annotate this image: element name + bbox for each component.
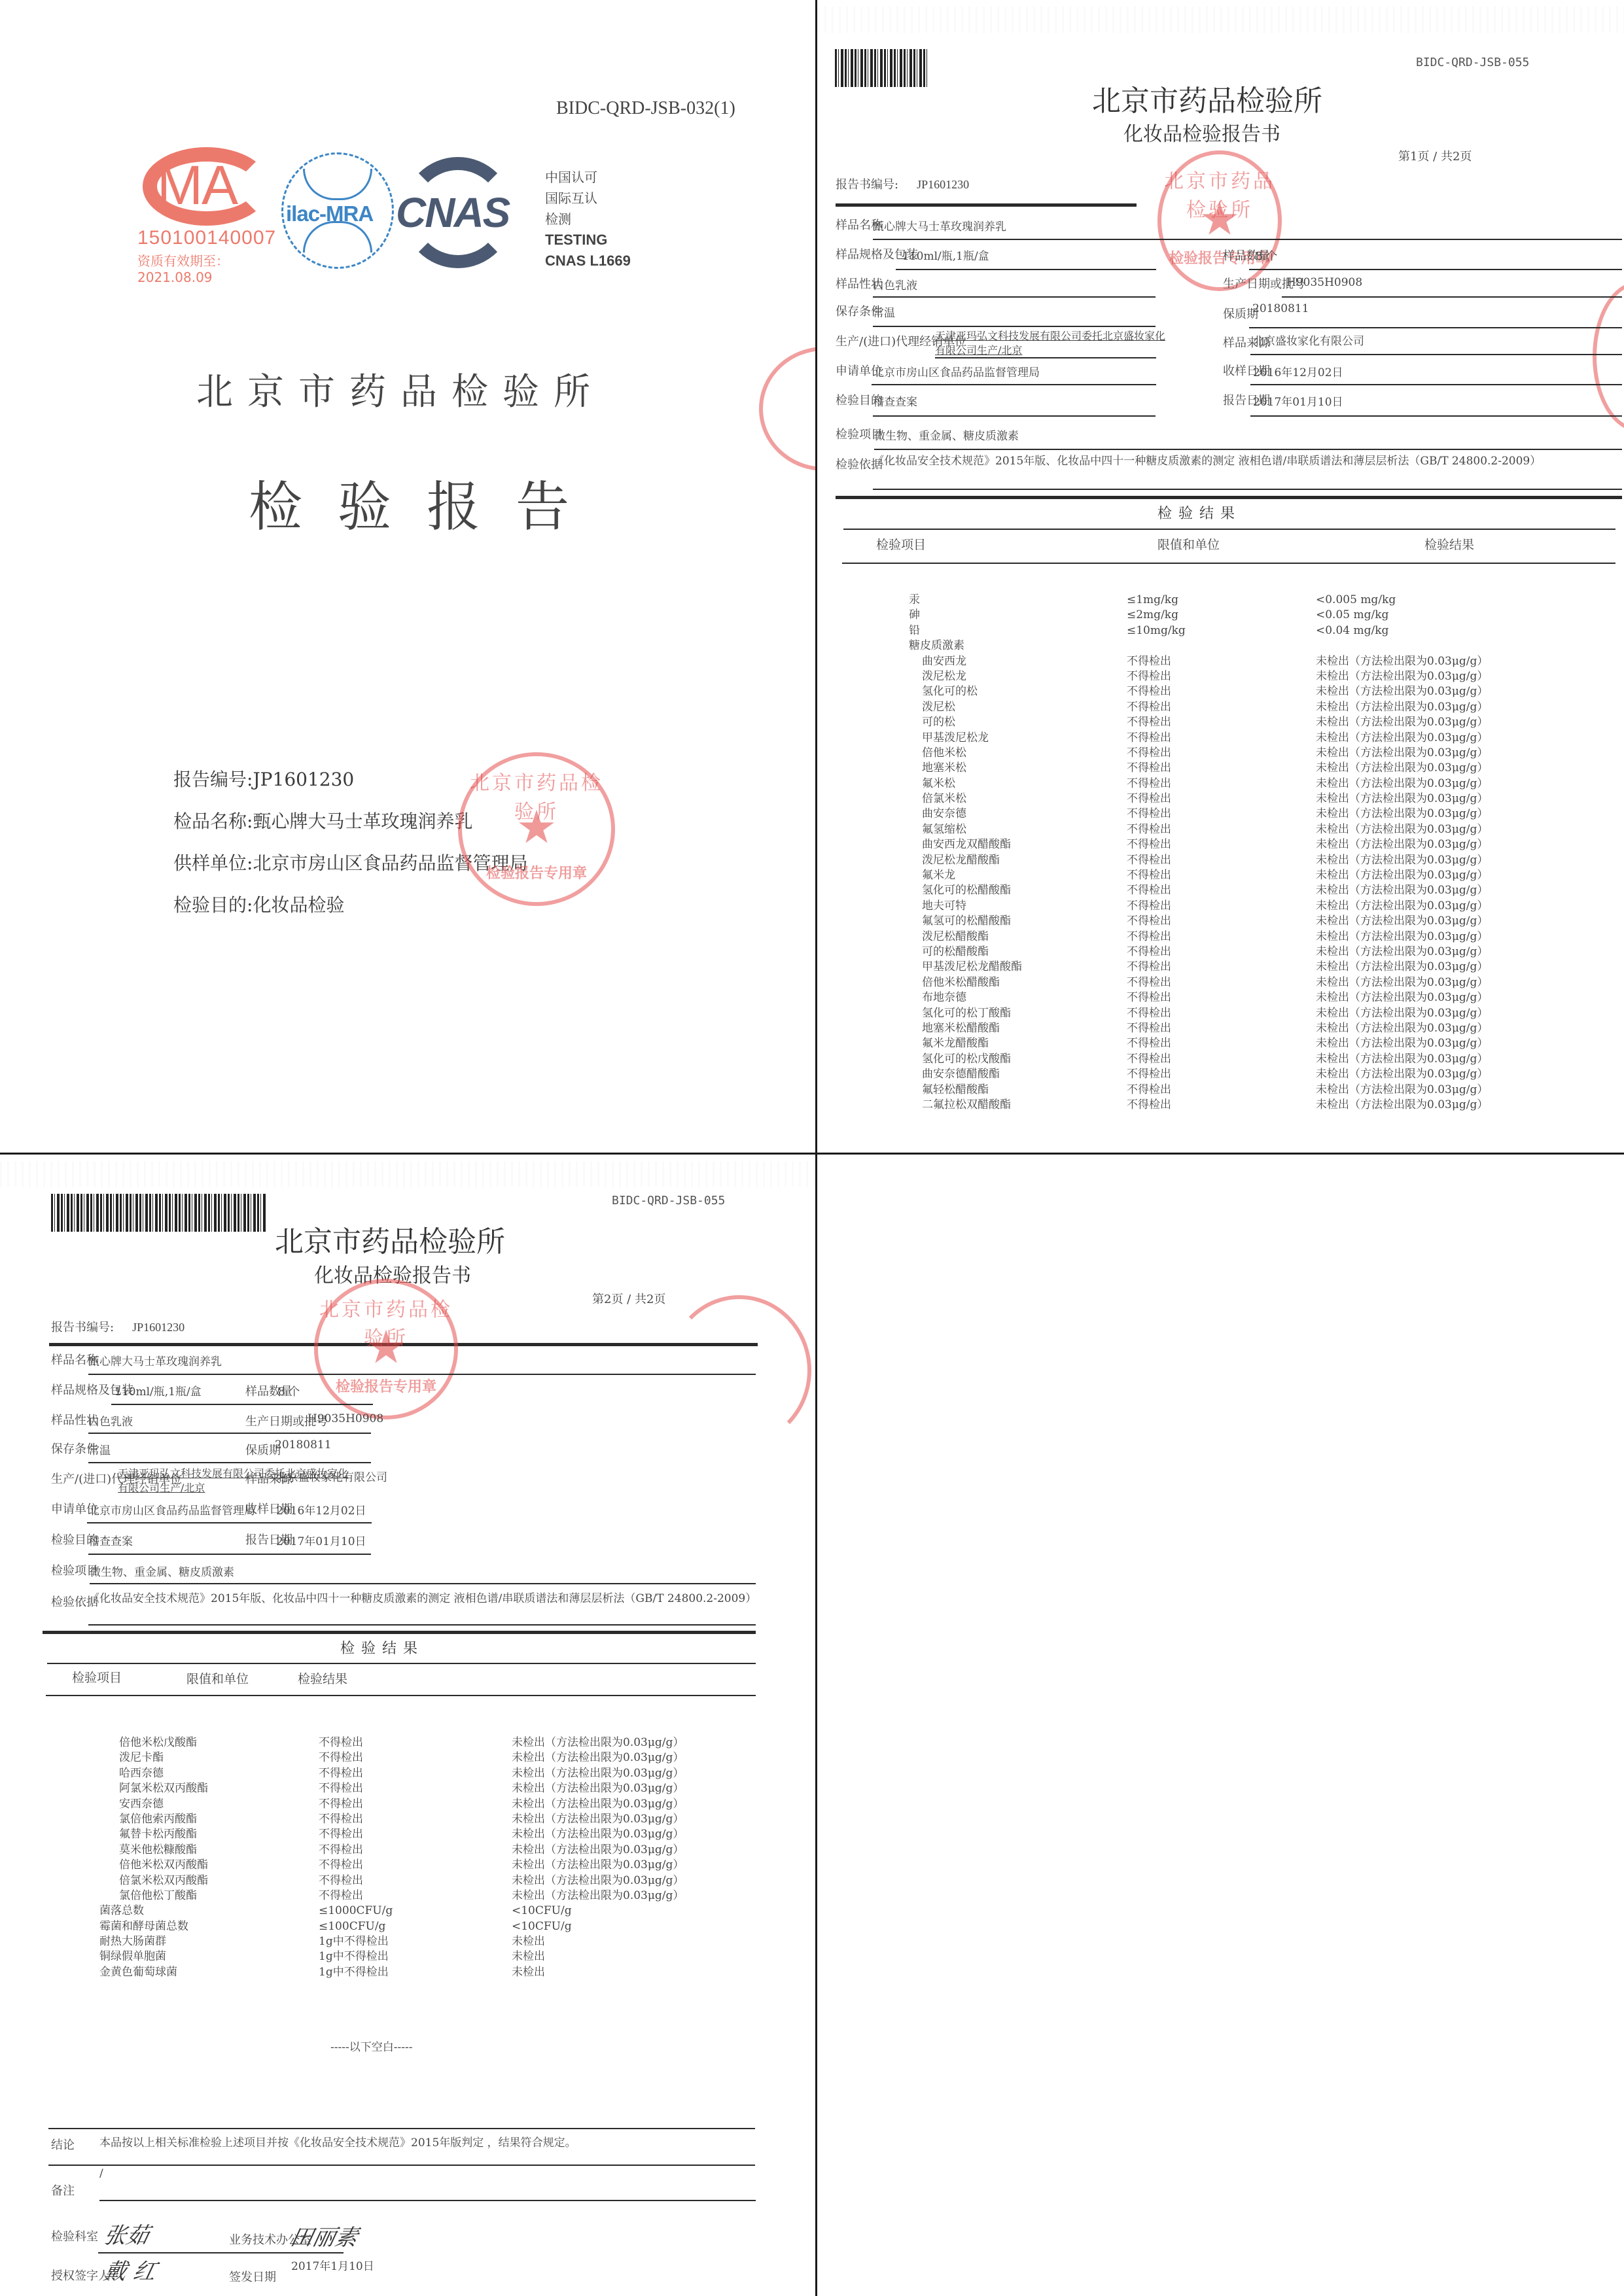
cover-institute-name: 北京市药品检验所: [196, 363, 605, 415]
cell-limit: 1g中不得检出: [319, 1965, 389, 1980]
underline: [1249, 269, 1622, 270]
cell-result: 未检出（方法检出限为0.03μg/g）: [512, 1781, 684, 1796]
column-header-result: 检验结果: [1424, 535, 1474, 553]
label-remarks: 备注: [51, 2182, 75, 2199]
table-row: 布地奈德不得检出未检出（方法检出限为0.03μg/g）: [909, 990, 1615, 1005]
cell-result: 未检出（方法检出限为0.03μg/g）: [1316, 731, 1488, 746]
label-conclusion: 结论: [51, 2136, 75, 2153]
cell-limit: 不得检出: [1127, 1021, 1171, 1036]
cell-limit: 不得检出: [319, 1827, 363, 1842]
cell-limit: ≤2mg/kg: [1127, 608, 1178, 623]
label-authorized-signer: 授权签字人: [51, 2267, 110, 2284]
table-row: 曲安西龙双醋酸酯不得检出未检出（方法检出限为0.03μg/g）: [909, 837, 1615, 852]
results-heading: 检验结果: [340, 1637, 424, 1658]
cell-item: 氢化可的松戊酸酯: [922, 1052, 1011, 1067]
cell-item: 可的松: [922, 715, 955, 730]
value-batch: H9035H0908: [1286, 276, 1362, 289]
column-header-item: 检验项目: [72, 1668, 122, 1686]
cell-limit: 不得检出: [1127, 776, 1171, 791]
value-purpose: 稽查查案: [88, 1532, 133, 1548]
stamp-purpose: 检验报告专用章: [462, 862, 611, 882]
table-row: 氟替卡松丙酸酯不得检出未检出（方法检出限为0.03μg/g）: [106, 1827, 747, 1842]
document-code: BIDC-QRD-JSB-055: [1416, 56, 1529, 69]
cnas-line: TESTING: [545, 230, 631, 251]
table-row: 可的松不得检出未检出（方法检出限为0.03μg/g）: [909, 715, 1615, 730]
underline: [87, 1522, 372, 1523]
table-row: 甲基泼尼松龙醋酸酯不得检出未检出（方法检出限为0.03μg/g）: [909, 960, 1615, 975]
cma-mark: MA: [157, 158, 237, 213]
value-batch: H9035H0908: [308, 1412, 383, 1425]
cell-item: 氯倍他松丁酸酯: [119, 1888, 197, 1904]
table-row: 氟米龙不得检出未检出（方法检出限为0.03μg/g）: [909, 868, 1615, 883]
cell-limit: 不得检出: [1127, 1083, 1171, 1098]
cma-logo: MA 150100140007 资质有效期至：2021.08.09: [137, 147, 275, 278]
institute-title: 北京市药品检验所: [1092, 77, 1322, 119]
cma-validity: 资质有效期至：2021.08.09: [137, 251, 275, 285]
underline: [88, 1554, 371, 1555]
cell-item: 布地奈德: [922, 990, 966, 1005]
cell-result: 未检出（方法检出限为0.03μg/g）: [512, 1858, 684, 1873]
cell-limit: 不得检出: [1127, 960, 1171, 975]
cell-limit: 不得检出: [319, 1750, 363, 1765]
field-value: JP1601230: [253, 769, 354, 790]
cnas-line: 检测: [545, 209, 631, 230]
value-appearance: 白色乳液: [88, 1412, 133, 1429]
cell-item: 曲安西龙双醋酸酯: [922, 837, 1011, 852]
cell-limit: 不得检出: [1127, 868, 1171, 883]
cell-item: 曲安奈德: [922, 807, 966, 822]
results-heading: 检验结果: [1157, 502, 1241, 523]
cell-item: 泼尼松龙醋酸酯: [922, 853, 1000, 868]
underline: [1250, 415, 1622, 417]
cell-limit: 不得检出: [1127, 1052, 1171, 1067]
table-row: 氢化可的松不得检出未检出（方法检出限为0.03μg/g）: [909, 684, 1615, 699]
cell-result: <10CFU/g: [512, 1904, 572, 1919]
cell-result: <0.04 mg/kg: [1316, 623, 1388, 638]
results-table-page-1: 汞≤1mg/kg<0.005 mg/kg砷≤2mg/kg<0.05 mg/kg铅…: [909, 593, 1615, 1113]
cell-result: 未检出（方法检出限为0.03μg/g）: [1316, 715, 1488, 730]
cell-result: 未检出（方法检出限为0.03μg/g）: [512, 1750, 684, 1765]
report-page-1: BIDC-QRD-JSB-055 北京市药品检验所 化妆品检验报告书 第1页 /…: [817, 0, 1624, 1153]
cell-item: 甲基泼尼松龙: [922, 731, 989, 746]
cnas-line: 中国认可: [545, 167, 631, 188]
report-number-label: 报告书编号:: [836, 178, 898, 192]
value-source: 北京盛妆家化有限公司: [276, 1468, 387, 1484]
cnas-line: CNAS L1669: [545, 251, 631, 271]
official-seal-stamp: 北京市药品检验所 ★ 检验报告专用章: [314, 1279, 458, 1419]
cell-item: 氟替卡松丙酸酯: [119, 1827, 197, 1842]
cell-item: 地塞米松醋酸酯: [922, 1021, 1000, 1036]
report-number: 报告书编号:JP1601230: [836, 175, 969, 192]
table-row: 氟米龙醋酸酯不得检出未检出（方法检出限为0.03μg/g）: [909, 1036, 1615, 1051]
cnas-accreditation-text: 中国认可 国际互认 检测 TESTING CNAS L1669: [545, 167, 631, 271]
cell-item: 耐热大肠菌群: [99, 1934, 166, 1949]
table-row: 泼尼卡酯不得检出未检出（方法检出限为0.03μg/g）: [106, 1750, 747, 1765]
cell-result: 未检出（方法检出限为0.03μg/g）: [1316, 761, 1488, 776]
cell-limit: 不得检出: [319, 1843, 363, 1858]
underline: [88, 1624, 756, 1626]
cell-limit: 不得检出: [1127, 807, 1171, 822]
cell-item: 氢化可的松: [922, 684, 978, 699]
star-icon: ★: [516, 804, 557, 850]
cell-item: 倍氯米松: [922, 791, 966, 807]
underline: [88, 1433, 371, 1434]
cell-item: 倍他米松双丙酸酯: [119, 1858, 208, 1873]
underline: [873, 415, 1156, 417]
value-basis: 《化妆品安全技术规范》2015年版、化妆品中四十一种糖皮质激素的测定 液相色谱/…: [88, 1592, 756, 1606]
underline: [1282, 296, 1622, 298]
blank-below-note: -----以下空白-----: [330, 2038, 412, 2054]
divider: [47, 1663, 756, 1664]
official-seal-stamp: 北京市药品检验所 ★ 检验报告专用章: [458, 752, 615, 906]
field-value: 甄心牌大马士革玫瑰润养乳: [253, 810, 472, 832]
cell-result: 未检出（方法检出限为0.03μg/g）: [1316, 700, 1488, 715]
signature-office: 田丽素: [288, 2219, 361, 2252]
cell-limit: ≤1000CFU/g: [319, 1904, 393, 1919]
cell-item: 糖皮质激素: [909, 638, 964, 653]
field-label: 供样单位:: [173, 852, 253, 874]
report-number-value: JP1601230: [917, 178, 969, 191]
divider: [48, 2165, 755, 2166]
seam-seal-stamp: [1593, 281, 1624, 432]
underline: [873, 296, 1156, 298]
table-row: 倍他米松醋酸酯不得检出未检出（方法检出限为0.03μg/g）: [909, 975, 1615, 990]
report-page-2: BIDC-QRD-JSB-055 北京市药品检验所 化妆品检验报告书 第2页 /…: [0, 1155, 815, 2296]
ilac-mra-logo: ilac-MRA: [281, 152, 394, 269]
divider: [836, 203, 1137, 207]
underline: [90, 1583, 756, 1584]
table-row: 曲安奈德不得检出未检出（方法检出限为0.03μg/g）: [909, 807, 1615, 822]
cell-limit: 不得检出: [1127, 791, 1171, 807]
cell-item: 氟米龙: [922, 868, 955, 883]
cell-item: 铅: [909, 623, 920, 638]
table-row: 氢化可的松戊酸酯不得检出未检出（方法检出限为0.03μg/g）: [909, 1052, 1615, 1067]
report-number-label: 报告书编号:: [51, 1321, 114, 1334]
cell-limit: 不得检出: [1127, 1006, 1171, 1021]
cell-limit: 不得检出: [1127, 715, 1171, 730]
cell-item: 倍他米松醋酸酯: [922, 975, 1000, 990]
cell-result: 未检出（方法检出限为0.03μg/g）: [1316, 1067, 1488, 1082]
cell-result: 未检出（方法检出限为0.03μg/g）: [1316, 914, 1488, 929]
value-sample-name: 甄心牌大马士革玫瑰润养乳: [88, 1352, 222, 1368]
blank-area: [817, 1155, 1624, 2296]
table-row: 倍氯米松不得检出未检出（方法检出限为0.03μg/g）: [909, 791, 1615, 807]
table-row: 地塞米松醋酸酯不得检出未检出（方法检出限为0.03μg/g）: [909, 1021, 1615, 1036]
cell-result: 未检出（方法检出限为0.03μg/g）: [1316, 822, 1488, 837]
value-sample-name: 甄心牌大马士革玫瑰润养乳: [873, 217, 1006, 234]
cell-result: 未检出（方法检出限为0.03μg/g）: [1316, 899, 1488, 914]
cell-item: 氟米龙醋酸酯: [922, 1036, 989, 1051]
table-row: 铜绿假单胞菌1g中不得检出未检出: [106, 1949, 747, 1964]
cell-item: 氟轻松醋酸酯: [922, 1083, 989, 1098]
cell-item: 砷: [909, 608, 920, 623]
value-received-date: 2016年12月02日: [276, 1501, 366, 1518]
cell-result: 未检出: [512, 1934, 545, 1949]
table-row: 泼尼松龙醋酸酯不得检出未检出（方法检出限为0.03μg/g）: [909, 853, 1615, 868]
field-label: 报告编号:: [173, 769, 253, 790]
cover-field-purpose: 检验目的:化妆品检验: [173, 884, 527, 926]
field-value: 化妆品检验: [253, 894, 344, 916]
value-received-date: 2016年12月02日: [1253, 363, 1343, 379]
cell-item: 倍氯米松双丙酸酯: [119, 1873, 208, 1888]
cell-result: 未检出: [512, 1965, 545, 1980]
value-report-date: 2017年01月10日: [276, 1532, 366, 1548]
cell-item: 氯倍他索丙酸酯: [119, 1812, 197, 1827]
cell-limit: 1g中不得检出: [319, 1934, 389, 1949]
cell-limit: ≤1mg/kg: [1127, 593, 1178, 608]
cell-limit: 不得检出: [319, 1858, 363, 1873]
cell-result: 未检出（方法检出限为0.03μg/g）: [512, 1873, 684, 1888]
table-row: 倍他米松不得检出未检出（方法检出限为0.03μg/g）: [909, 746, 1615, 761]
cell-limit: 不得检出: [1127, 853, 1171, 868]
underline: [873, 239, 1622, 240]
cell-result: 未检出（方法检出限为0.03μg/g）: [1316, 837, 1488, 852]
cell-result: 未检出（方法检出限为0.03μg/g）: [1316, 776, 1488, 791]
institute-title: 北京市药品检验所: [275, 1218, 505, 1260]
cell-result: 未检出（方法检出限为0.03μg/g）: [1316, 960, 1488, 975]
report-number-value: JP1601230: [132, 1321, 185, 1334]
column-header-result: 检验结果: [298, 1669, 347, 1687]
table-row: 泼尼松龙不得检出未检出（方法检出限为0.03μg/g）: [909, 669, 1615, 684]
signature-lab: 张茹: [101, 2218, 152, 2250]
value-storage: 常温: [88, 1441, 111, 1457]
cell-result: 未检出（方法检出限为0.03μg/g）: [1316, 1021, 1488, 1036]
cell-limit: 不得检出: [319, 1781, 363, 1796]
table-row: 可的松醋酸酯不得检出未检出（方法检出限为0.03μg/g）: [909, 945, 1615, 960]
accreditation-logos: MA 150100140007 资质有效期至：2021.08.09 ilac-M…: [137, 147, 726, 278]
table-row: 氟米松不得检出未检出（方法检出限为0.03μg/g）: [909, 776, 1615, 791]
underline: [99, 2200, 756, 2201]
cell-item: 哈西奈德: [119, 1766, 164, 1781]
cell-limit: 不得检出: [1127, 899, 1171, 914]
cell-item: 氢化可的松丁酸酯: [922, 1006, 1011, 1021]
star-icon: ★: [366, 1324, 407, 1370]
cell-result: 未检出（方法检出限为0.03μg/g）: [1316, 930, 1488, 945]
cell-limit: 不得检出: [319, 1888, 363, 1904]
cell-limit: 不得检出: [319, 1766, 363, 1781]
cell-result: 未检出（方法检出限为0.03μg/g）: [512, 1888, 684, 1904]
underline: [935, 357, 1156, 358]
value-appearance: 白色乳液: [873, 276, 917, 292]
table-row: 氟氢可的松醋酸酯不得检出未检出（方法检出限为0.03μg/g）: [909, 914, 1615, 929]
value-shelf-life: 20180811: [275, 1438, 332, 1452]
document-code: BIDC-QRD-JSB-055: [612, 1194, 725, 1208]
cell-result: 未检出（方法检出限为0.03μg/g）: [512, 1827, 684, 1842]
cell-result: 未检出（方法检出限为0.03μg/g）: [1316, 684, 1488, 699]
cell-result: 未检出（方法检出限为0.03μg/g）: [512, 1735, 684, 1750]
cover-title: 检验报告: [249, 464, 605, 541]
cell-limit: 不得检出: [1127, 975, 1171, 990]
table-row: 二氟拉松双醋酸酯不得检出未检出（方法检出限为0.03μg/g）: [909, 1098, 1615, 1113]
cell-item: 金黄色葡萄球菌: [99, 1965, 177, 1980]
cell-item: 泼尼松: [922, 700, 955, 715]
underline: [88, 1462, 371, 1463]
cell-item: 菌落总数: [99, 1904, 144, 1919]
field-label: 检验目的:: [173, 894, 253, 916]
table-row: 莫米他松糠酸酯不得检出未检出（方法检出限为0.03μg/g）: [106, 1843, 747, 1858]
cell-result: 未检出（方法检出限为0.03μg/g）: [1316, 807, 1488, 822]
cell-result: 未检出（方法检出限为0.03μg/g）: [1316, 1052, 1488, 1067]
value-remarks: /: [99, 2167, 103, 2180]
cell-result: 未检出（方法检出限为0.03μg/g）: [1316, 883, 1488, 898]
column-header-limit: 限值和单位: [1157, 535, 1220, 553]
column-header-limit: 限值和单位: [186, 1669, 249, 1687]
table-row: 阿氯米松双丙酸酯不得检出未检出（方法检出限为0.03μg/g）: [106, 1781, 747, 1796]
cell-limit: 不得检出: [1127, 1036, 1171, 1051]
table-row: 地塞米松不得检出未检出（方法检出限为0.03μg/g）: [909, 761, 1615, 776]
cell-limit: 不得检出: [319, 1735, 363, 1750]
cell-result: 未检出（方法检出限为0.03μg/g）: [1316, 791, 1488, 807]
cell-result: 未检出（方法检出限为0.03μg/g）: [1316, 654, 1488, 669]
cell-limit: 不得检出: [319, 1812, 363, 1827]
cell-item: 泼尼松龙: [922, 669, 966, 684]
cell-item: 倍他米松: [922, 746, 966, 761]
cell-result: 未检出（方法检出限为0.03μg/g）: [1316, 945, 1488, 960]
cell-limit: 不得检出: [1127, 1067, 1171, 1082]
cell-limit: 不得检出: [1127, 930, 1171, 945]
page-number: 第1页 / 共2页: [1398, 147, 1472, 164]
cell-item: 莫米他松糠酸酯: [119, 1843, 197, 1858]
cell-result: <0.05 mg/kg: [1316, 608, 1388, 623]
cell-result: 未检出（方法检出限为0.03μg/g）: [1316, 853, 1488, 868]
cell-item: 氟氢可的松醋酸酯: [922, 914, 1011, 929]
value-test-items: 微生物、重金属、糖皮质激素: [90, 1563, 234, 1579]
table-row: 哈西奈德不得检出未检出（方法检出限为0.03μg/g）: [106, 1766, 747, 1781]
cell-limit: 不得检出: [1127, 883, 1171, 898]
table-row: 氟氢缩松不得检出未检出（方法检出限为0.03μg/g）: [909, 822, 1615, 837]
label-lab: 检验科室: [51, 2227, 98, 2244]
report-title: 化妆品检验报告书: [1123, 118, 1280, 147]
ilac-mark: ilac-MRA: [286, 201, 373, 226]
cnas-logo: CNAS: [396, 157, 520, 268]
cell-limit: ≤10mg/kg: [1127, 623, 1186, 638]
divider: [48, 2128, 755, 2129]
underline: [873, 489, 1622, 490]
table-row: 倍氯米松双丙酸酯不得检出未检出（方法检出限为0.03μg/g）: [106, 1873, 747, 1888]
cell-limit: ≤100CFU/g: [319, 1919, 385, 1934]
table-row: 泼尼松醋酸酯不得检出未检出（方法检出限为0.03μg/g）: [909, 930, 1615, 945]
cma-number: 150100140007: [137, 227, 276, 249]
cell-item: 霉菌和酵母菌总数: [99, 1919, 188, 1934]
table-row: 氟轻松醋酸酯不得检出未检出（方法检出限为0.03μg/g）: [909, 1083, 1615, 1098]
value-shelf-life: 20180811: [1252, 302, 1309, 315]
scan-noise: [0, 1161, 815, 1187]
cell-limit: 不得检出: [1127, 945, 1171, 960]
cell-limit: 不得检出: [1127, 700, 1171, 715]
cell-item: 氟氢缩松: [922, 822, 966, 837]
value-manufacturer: 天津亚玛弘文科技发展有限公司委托北京盛妆家化有限公司生产/北京: [935, 329, 1167, 358]
value-spec: 110ml/瓶,1瓶/盒: [902, 247, 989, 263]
cell-item: 地塞米松: [922, 761, 966, 776]
cell-limit: 不得检出: [1127, 761, 1171, 776]
divider: [842, 563, 1615, 564]
cell-limit: 不得检出: [1127, 669, 1171, 684]
value-report-date: 2017年01月10日: [1253, 392, 1343, 409]
cell-limit: 不得检出: [1127, 837, 1171, 852]
value-spec: 110ml/瓶,1瓶/盒: [115, 1382, 202, 1399]
cell-item: 阿氯米松双丙酸酯: [119, 1781, 208, 1796]
label-issue-date: 签发日期: [229, 2268, 276, 2285]
cell-result: 未检出（方法检出限为0.03μg/g）: [1316, 746, 1488, 761]
page-number: 第2页 / 共2页: [592, 1290, 665, 1307]
cell-item: 铜绿假单胞菌: [99, 1949, 166, 1964]
cell-limit: 不得检出: [1127, 731, 1171, 746]
cell-result: 未检出（方法检出限为0.03μg/g）: [1316, 990, 1488, 1005]
cell-item: 曲安奈德醋酸酯: [922, 1067, 1000, 1082]
cell-item: 曲安西龙: [922, 654, 966, 669]
cell-item: 汞: [909, 593, 920, 608]
cell-limit: 不得检出: [319, 1873, 363, 1888]
cell-limit: 不得检出: [319, 1797, 363, 1812]
cell-item: 甲基泼尼松龙醋酸酯: [922, 960, 1022, 975]
signature-authorized-signer: 戴 红: [101, 2253, 160, 2286]
table-row: 甲基泼尼松龙不得检出未检出（方法检出限为0.03μg/g）: [909, 731, 1615, 746]
cell-item: 氟米松: [922, 776, 955, 791]
cell-item: 地夫可特: [922, 899, 966, 914]
cell-result: 未检出（方法检出限为0.03μg/g）: [1316, 868, 1488, 883]
value-source: 北京盛妆家化有限公司: [1253, 332, 1364, 348]
cell-result: <10CFU/g: [512, 1919, 572, 1934]
divider: [43, 1631, 756, 1634]
underline: [873, 326, 1156, 327]
cell-result: 未检出（方法检出限为0.03μg/g）: [1316, 975, 1488, 990]
value-quantity: 8 个: [1256, 247, 1277, 263]
document-code: BIDC-QRD-JSB-032(1): [556, 98, 735, 119]
underline: [111, 1404, 373, 1405]
cell-limit: 1g中不得检出: [319, 1949, 389, 1964]
value-applicant: 北京市房山区食品药品监督管理局: [88, 1501, 255, 1518]
cell-result: 未检出（方法检出限为0.03μg/g）: [1316, 1036, 1488, 1051]
value-quantity: 8 个: [278, 1382, 300, 1399]
table-row: 霉菌和酵母菌总数≤100CFU/g<10CFU/g: [106, 1919, 747, 1934]
cell-limit: 不得检出: [1127, 684, 1171, 699]
table-row: 倍他米松双丙酸酯不得检出未检出（方法检出限为0.03μg/g）: [106, 1858, 747, 1873]
underline: [88, 1374, 756, 1375]
cell-item: 安西奈德: [119, 1797, 164, 1812]
table-row: 砷≤2mg/kg<0.05 mg/kg: [909, 608, 1615, 623]
cell-limit: 不得检出: [1127, 746, 1171, 761]
cell-result: 未检出（方法检出限为0.03μg/g）: [512, 1797, 684, 1812]
value-conclusion: 本品按以上相关标准检验上述项目并按《化妆品安全技术规范》2015年版判定 ，结果…: [99, 2136, 754, 2150]
cell-limit: 不得检出: [1127, 654, 1171, 669]
table-row: 氢化可的松丁酸酯不得检出未检出（方法检出限为0.03μg/g）: [909, 1006, 1615, 1021]
cell-item: 可的松醋酸酯: [922, 945, 989, 960]
underline: [872, 384, 1156, 385]
table-row: 氯倍他松丁酸酯不得检出未检出（方法检出限为0.03μg/g）: [106, 1888, 747, 1904]
cell-limit: 不得检出: [1127, 1098, 1171, 1113]
cell-result: 未检出（方法检出限为0.03μg/g）: [1316, 1083, 1488, 1098]
table-row: 曲安西龙不得检出未检出（方法检出限为0.03μg/g）: [909, 654, 1615, 669]
underline: [896, 269, 1156, 270]
value-applicant: 北京市房山区食品药品监督管理局: [873, 363, 1040, 379]
cell-item: 二氟拉松双醋酸酯: [922, 1098, 1011, 1113]
table-row: 安西奈德不得检出未检出（方法检出限为0.03μg/g）: [106, 1797, 747, 1812]
underline: [1250, 384, 1622, 385]
barcode-icon: [835, 49, 928, 87]
cell-item: 倍他米松戊酸酯: [119, 1735, 197, 1750]
cell-result: 未检出（方法检出限为0.03μg/g）: [1316, 669, 1488, 684]
value-issue-date: 2017年1月10日: [291, 2257, 374, 2273]
cell-result: 未检出（方法检出限为0.03μg/g）: [1316, 1006, 1488, 1021]
table-row: 汞≤1mg/kg<0.005 mg/kg: [909, 593, 1615, 608]
table-row: 泼尼松不得检出未检出（方法检出限为0.03μg/g）: [909, 700, 1615, 715]
seam-seal-stamp: [759, 347, 815, 471]
column-header-item: 检验项目: [876, 535, 926, 553]
table-row: 菌落总数≤1000CFU/g<10CFU/g: [106, 1904, 747, 1919]
field-label: 检品名称:: [173, 810, 253, 832]
table-row: 耐热大肠菌群1g中不得检出未检出: [106, 1934, 747, 1949]
cnas-line: 国际互认: [545, 188, 631, 209]
